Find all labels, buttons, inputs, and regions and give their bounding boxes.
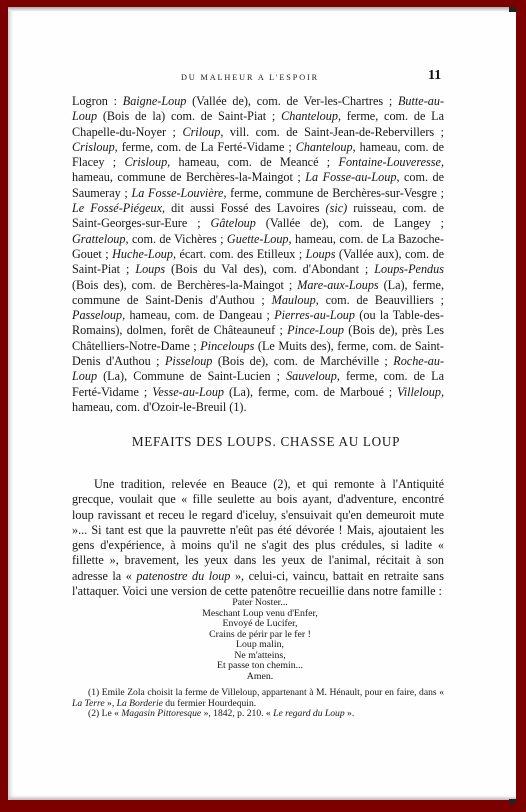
paragraph-tradition: Une tradition, relevée en Beauce (2), et… bbox=[72, 477, 444, 599]
italic-term: Mare-aux-Loups bbox=[297, 278, 378, 292]
italic-term: Criloup bbox=[182, 125, 220, 139]
italic-term: Magasin Pittoresque bbox=[121, 708, 201, 719]
poem-patenostre: Pater Noster...Meschant Loup venu d'Enfe… bbox=[140, 598, 380, 682]
italic-term: Chanteloup bbox=[281, 109, 338, 123]
italic-term: Fontaine-Louveresse bbox=[339, 155, 441, 169]
italic-term: Loups bbox=[306, 247, 336, 261]
page-number: 11 bbox=[428, 68, 441, 84]
italic-term: Sauveloup bbox=[286, 369, 337, 383]
italic-term: Loups-Pendus bbox=[374, 262, 444, 276]
italic-term: Gratteloup bbox=[72, 232, 126, 246]
italic-term: Pisseloup bbox=[165, 354, 212, 368]
italic-term: Huche-Loup bbox=[112, 247, 173, 261]
footnotes: (1) Emile Zola choisit la ferme de Ville… bbox=[72, 688, 444, 720]
italic-term: La Terre bbox=[72, 698, 105, 709]
italic-term: Guette-Loup bbox=[227, 232, 289, 246]
footnote: (1) Emile Zola choisit la ferme de Ville… bbox=[72, 688, 444, 709]
italic-term: Le Fossé-Piégeux bbox=[72, 201, 162, 215]
italic-term: patenostre du loup bbox=[136, 569, 230, 583]
scan-corner-top-right bbox=[509, 7, 516, 12]
italic-term: Pierres-au-Loup bbox=[274, 308, 355, 322]
italic-term: Le regard du Loup bbox=[273, 708, 345, 719]
italic-term: Passeloup bbox=[72, 308, 122, 322]
italic-term: Pince-Loup bbox=[287, 323, 344, 337]
italic-term: Villeloup bbox=[397, 385, 441, 399]
paragraph-place-names: Logron : Baigne-Loup (Vallée de), com. d… bbox=[72, 94, 444, 415]
poem-line: Pater Noster... bbox=[140, 598, 380, 609]
italic-term: Roche-au-Loup bbox=[72, 354, 444, 383]
italic-term: Baigne-Loup bbox=[123, 94, 187, 108]
scan-corner-bottom-right bbox=[509, 799, 516, 804]
italic-term: Pinceloups bbox=[200, 339, 254, 353]
italic-term: Loups bbox=[135, 262, 165, 276]
running-head: DU MALHEUR A L'ESPOIR bbox=[60, 73, 440, 82]
poem-line: Et passe ton chemin... bbox=[140, 661, 380, 672]
italic-term: Crisloup bbox=[72, 140, 115, 154]
italic-term: La Fosse-au-Loup bbox=[305, 170, 396, 184]
section-title: MEFAITS DES LOUPS. CHASSE AU LOUP bbox=[60, 434, 472, 450]
italic-term: Chanteloup bbox=[296, 140, 353, 154]
italic-term: La Borderie bbox=[117, 698, 163, 709]
italic-term: La Fosse-Louvière bbox=[132, 186, 224, 200]
italic-term: Mauloup bbox=[272, 293, 316, 307]
italic-term: (sic) bbox=[326, 201, 348, 215]
italic-term: Crisloup bbox=[125, 155, 168, 169]
poem-line: Loup malin, bbox=[140, 640, 380, 651]
page-top-edge bbox=[8, 7, 516, 11]
poem-line: Amen. bbox=[140, 672, 380, 683]
italic-term: Vesse-au-Loup bbox=[152, 385, 224, 399]
poem-line: Envoyé de Lucifer, bbox=[140, 619, 380, 630]
footnote: (2) Le « Magasin Pittoresque », 1842, p.… bbox=[72, 709, 444, 720]
italic-term: Gâteloup bbox=[211, 216, 256, 230]
